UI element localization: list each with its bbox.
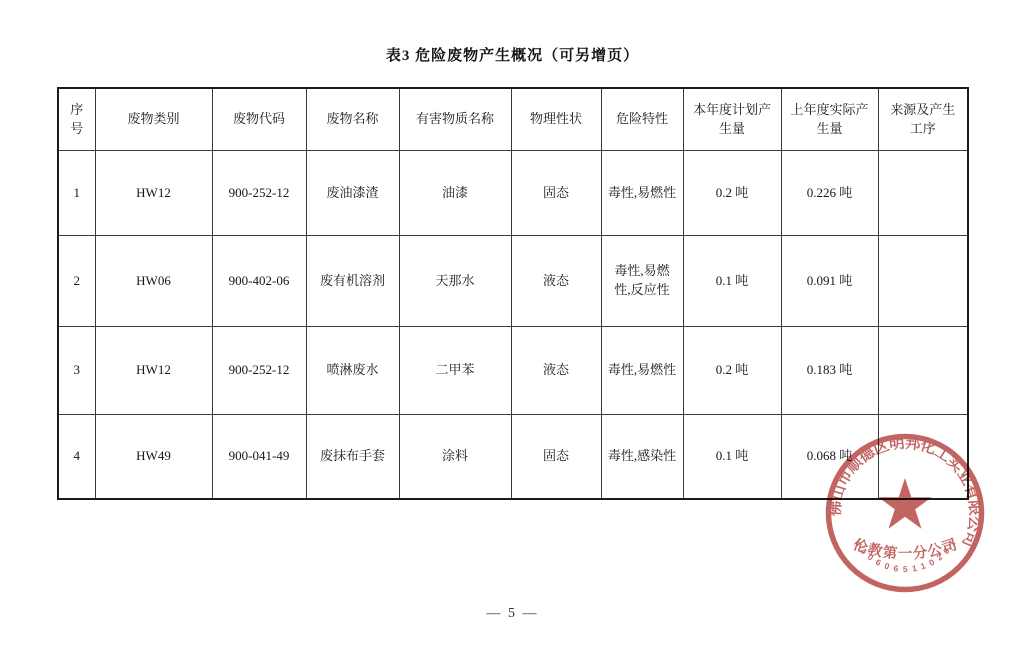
table-cell: 喷淋废水 (306, 327, 399, 415)
table-cell: 0.2 吨 (683, 327, 781, 415)
table-cell: 毒性,易燃性 (601, 327, 683, 415)
table-cell: 2 (58, 236, 95, 327)
table-cell: 1 (58, 151, 95, 236)
table-cell: HW06 (95, 236, 212, 327)
table-row: 2 HW06 900-402-06 废有机溶剂 天那水 液态 毒性,易燃 性,反… (58, 236, 968, 327)
hazardous-waste-table: 序 号 废物类别 废物代码 废物名称 有害物质名称 物理性状 危险特性 本年度计… (57, 87, 969, 500)
column-header-harmful-substance: 有害物质名称 (399, 88, 511, 151)
table-row: 1 HW12 900-252-12 废油漆渣 油漆 固态 毒性,易燃性 0.2 … (58, 151, 968, 236)
table-row: 3 HW12 900-252-12 喷淋废水 二甲苯 液态 毒性,易燃性 0.2… (58, 327, 968, 415)
table-cell: 0.226 吨 (781, 151, 878, 236)
table-cell: 0.183 吨 (781, 327, 878, 415)
table-cell: 0.1 吨 (683, 236, 781, 327)
column-header-actual-output: 上年度实际产 生量 (781, 88, 878, 151)
table-cell: 0.068 吨 (781, 415, 878, 500)
table-cell: HW12 (95, 327, 212, 415)
table-row: 4 HW49 900-041-49 废抹布手套 涂料 固态 毒性,感染性 0.1… (58, 415, 968, 500)
table-cell: 0.1 吨 (683, 415, 781, 500)
table-cell: 涂料 (399, 415, 511, 500)
table-cell: 毒性,感染性 (601, 415, 683, 500)
column-header-hazard-trait: 危险特性 (601, 88, 683, 151)
column-header-seq: 序 号 (58, 88, 95, 151)
table-cell: 天那水 (399, 236, 511, 327)
table-cell: HW49 (95, 415, 212, 500)
page-title: 表3 危险废物产生概况（可另增页） (0, 44, 1025, 65)
table-cell (878, 415, 968, 500)
table-cell (878, 327, 968, 415)
table-cell: 固态 (511, 151, 601, 236)
page-number: — 5 — (0, 606, 1025, 622)
seal-number-text: 4406065110201 (853, 539, 958, 574)
column-header-waste-category: 废物类别 (95, 88, 212, 151)
table-cell: 毒性,易燃 性,反应性 (601, 236, 683, 327)
column-header-physical-state: 物理性状 (511, 88, 601, 151)
table-cell: 0.091 吨 (781, 236, 878, 327)
document-page: 表3 危险废物产生概况（可另增页） 序 号 废物类别 废物代码 废物名称 有害物… (0, 0, 1025, 655)
svg-text:4406065110201: 4406065110201 (853, 539, 958, 574)
table-cell: 固态 (511, 415, 601, 500)
table-cell: 0.2 吨 (683, 151, 781, 236)
table-cell: 900-252-12 (212, 151, 306, 236)
table-cell: 废有机溶剂 (306, 236, 399, 327)
table-cell: 毒性,易燃性 (601, 151, 683, 236)
table-header-row: 序 号 废物类别 废物代码 废物名称 有害物质名称 物理性状 危险特性 本年度计… (58, 88, 968, 151)
table-cell: 900-041-49 (212, 415, 306, 500)
table-cell: 液态 (511, 327, 601, 415)
table-cell: 3 (58, 327, 95, 415)
table-cell: 油漆 (399, 151, 511, 236)
table-cell: 液态 (511, 236, 601, 327)
table-cell: 二甲苯 (399, 327, 511, 415)
table-cell: 废油漆渣 (306, 151, 399, 236)
svg-text:伦教第一分公司: 伦教第一分公司 (851, 535, 959, 562)
table-cell (878, 151, 968, 236)
table-cell: 900-252-12 (212, 327, 306, 415)
column-header-source-process: 来源及产生 工序 (878, 88, 968, 151)
column-header-waste-code: 废物代码 (212, 88, 306, 151)
table-cell: 废抹布手套 (306, 415, 399, 500)
seal-branch-text: 伦教第一分公司 (851, 535, 959, 562)
table-cell: 4 (58, 415, 95, 500)
column-header-waste-name: 废物名称 (306, 88, 399, 151)
table-cell (878, 236, 968, 327)
column-header-planned-output: 本年度计划产 生量 (683, 88, 781, 151)
table-cell: 900-402-06 (212, 236, 306, 327)
table-cell: HW12 (95, 151, 212, 236)
